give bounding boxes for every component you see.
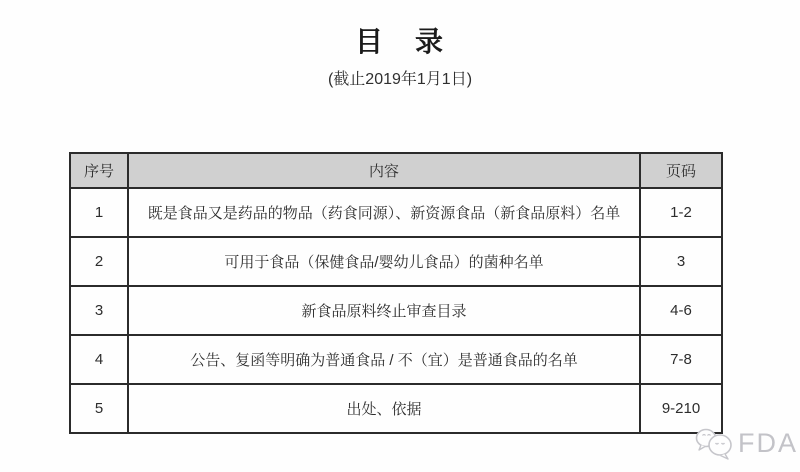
row-page: 7-8 bbox=[640, 335, 722, 384]
row-page: 3 bbox=[640, 237, 722, 286]
toc-table: 序号 内容 页码 1 既是食品又是药品的物品（药食同源）、新资源食品（新食品原料… bbox=[69, 152, 723, 434]
row-content: 公告、复函等明确为普通食品 / 不（宜）是普通食品的名单 bbox=[128, 335, 640, 384]
chat-bubbles-icon bbox=[694, 426, 734, 460]
row-no: 2 bbox=[70, 237, 128, 286]
header-cell-content: 内容 bbox=[128, 153, 640, 188]
table-row: 2 可用于食品（保健食品/婴幼儿食品）的菌种名单 3 bbox=[70, 237, 722, 286]
row-content: 可用于食品（保健食品/婴幼儿食品）的菌种名单 bbox=[128, 237, 640, 286]
header-cell-no: 序号 bbox=[70, 153, 128, 188]
wechat-watermark: FDA bbox=[694, 426, 798, 460]
watermark-label: FDA bbox=[738, 430, 798, 457]
row-no: 3 bbox=[70, 286, 128, 335]
row-content: 新食品原料终止审查目录 bbox=[128, 286, 640, 335]
table-row: 4 公告、复函等明确为普通食品 / 不（宜）是普通食品的名单 7-8 bbox=[70, 335, 722, 384]
row-page: 4-6 bbox=[640, 286, 722, 335]
header-cell-page: 页码 bbox=[640, 153, 722, 188]
table-row: 5 出处、依据 9-210 bbox=[70, 384, 722, 433]
row-no: 5 bbox=[70, 384, 128, 433]
table-header-row: 序号 内容 页码 bbox=[70, 153, 722, 188]
page-subtitle: (截止2019年1月1日) bbox=[0, 66, 800, 89]
row-no: 4 bbox=[70, 335, 128, 384]
table-row: 3 新食品原料终止审查目录 4-6 bbox=[70, 286, 722, 335]
table-row: 1 既是食品又是药品的物品（药食同源）、新资源食品（新食品原料）名单 1-2 bbox=[70, 188, 722, 237]
row-no: 1 bbox=[70, 188, 128, 237]
row-content: 既是食品又是药品的物品（药食同源）、新资源食品（新食品原料）名单 bbox=[128, 188, 640, 237]
row-page: 1-2 bbox=[640, 188, 722, 237]
page-title: 目 录 bbox=[0, 20, 800, 60]
row-content: 出处、依据 bbox=[128, 384, 640, 433]
